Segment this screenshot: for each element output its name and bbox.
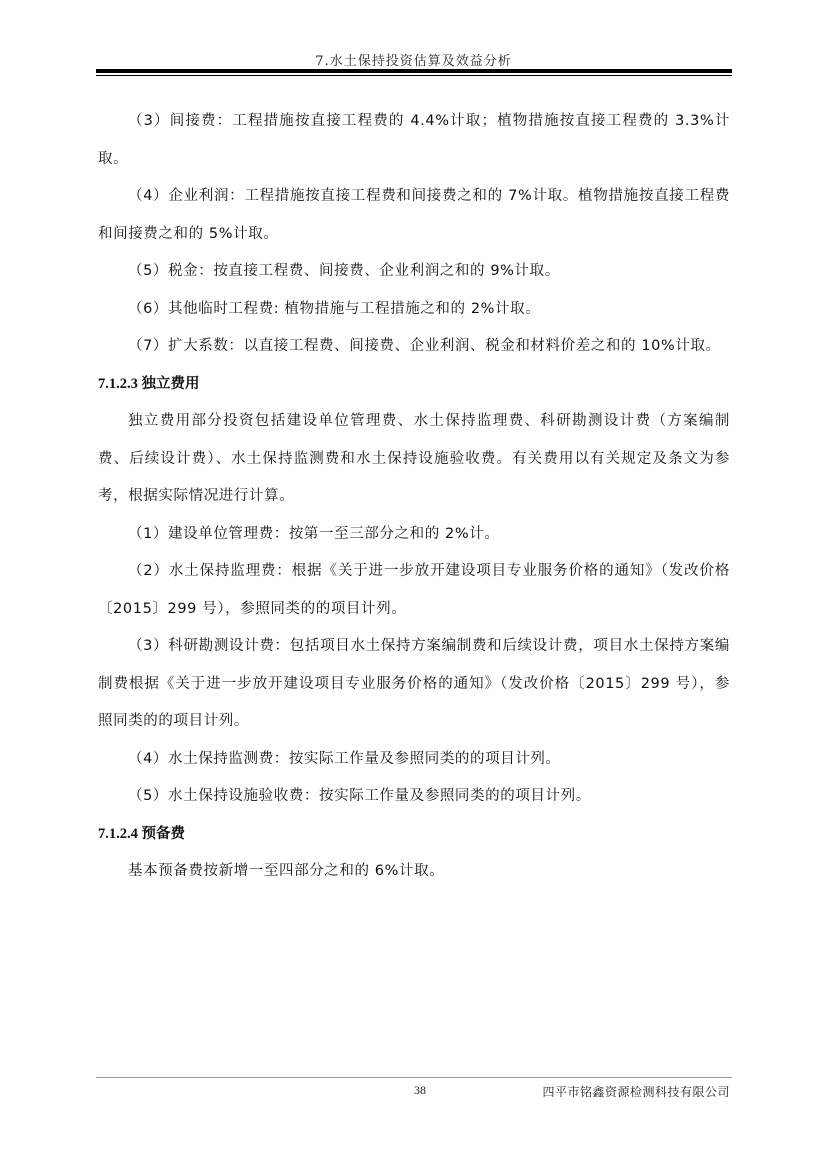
paragraph-monitoring-fee: （4）水土保持监测费：按实际工作量及参照同类的的项目计列。 <box>98 741 730 779</box>
document-body: （3）间接费：工程措施按直接工程费的 4.4%计取；植物措施按直接工程费的 3.… <box>98 103 730 891</box>
paragraph-survey-design-fee: （3）科研勘测设计费：包括项目水土保持方案编制费和后续设计费，项目水土保持方案编… <box>98 628 730 741</box>
paragraph-enterprise-profit: （4）企业利润：工程措施按直接工程费和间接费之和的 7%计取。植物措施按直接工程… <box>98 178 730 253</box>
paragraph-basic-contingency: 基本预备费按新增一至四部分之和的 6%计取。 <box>98 853 730 891</box>
header-rule-thin <box>96 75 732 76</box>
paragraph-independent-costs-intro: 独立费用部分投资包括建设单位管理费、水土保持监理费、科研勘测设计费（方案编制费、… <box>98 403 730 516</box>
section-title: 独立费用 <box>142 376 200 392</box>
page-number: 38 <box>380 1083 460 1098</box>
paragraph-construction-management-fee: （1）建设单位管理费：按第一至三部分之和的 2%计。 <box>98 516 730 554</box>
footer-rule <box>96 1077 732 1078</box>
section-number: 7.1.2.3 <box>98 376 138 392</box>
paragraph-supervision-fee: （2）水土保持监理费：根据《关于进一步放开建设项目专业服务价格的通知》（发改价格… <box>98 553 730 628</box>
paragraph-acceptance-fee: （5）水土保持设施验收费：按实际工作量及参照同类的的项目计列。 <box>98 778 730 816</box>
paragraph-tax: （5）税金：按直接工程费、间接费、企业利润之和的 9%计取。 <box>98 253 730 291</box>
header-rule <box>96 69 732 73</box>
paragraph-other-temp-works: （6）其他临时工程费: 植物措施与工程措施之和的 2%计取。 <box>98 291 730 329</box>
running-header-title: 7.水土保持投资估算及效益分析 <box>0 50 827 69</box>
footer-company-name: 四平市铭鑫资源检测科技有限公司 <box>542 1083 730 1100</box>
section-heading-contingency: 7.1.2.4 预备费 <box>98 816 730 854</box>
section-heading-independent-costs: 7.1.2.3 独立费用 <box>98 366 730 404</box>
paragraph-expansion-factor: （7）扩大系数：以直接工程费、间接费、企业利润、税金和材料价差之和的 10%计取… <box>98 328 730 366</box>
section-number: 7.1.2.4 <box>98 826 138 842</box>
paragraph-indirect-cost: （3）间接费：工程措施按直接工程费的 4.4%计取；植物措施按直接工程费的 3.… <box>98 103 730 178</box>
section-title: 预备费 <box>142 826 186 842</box>
